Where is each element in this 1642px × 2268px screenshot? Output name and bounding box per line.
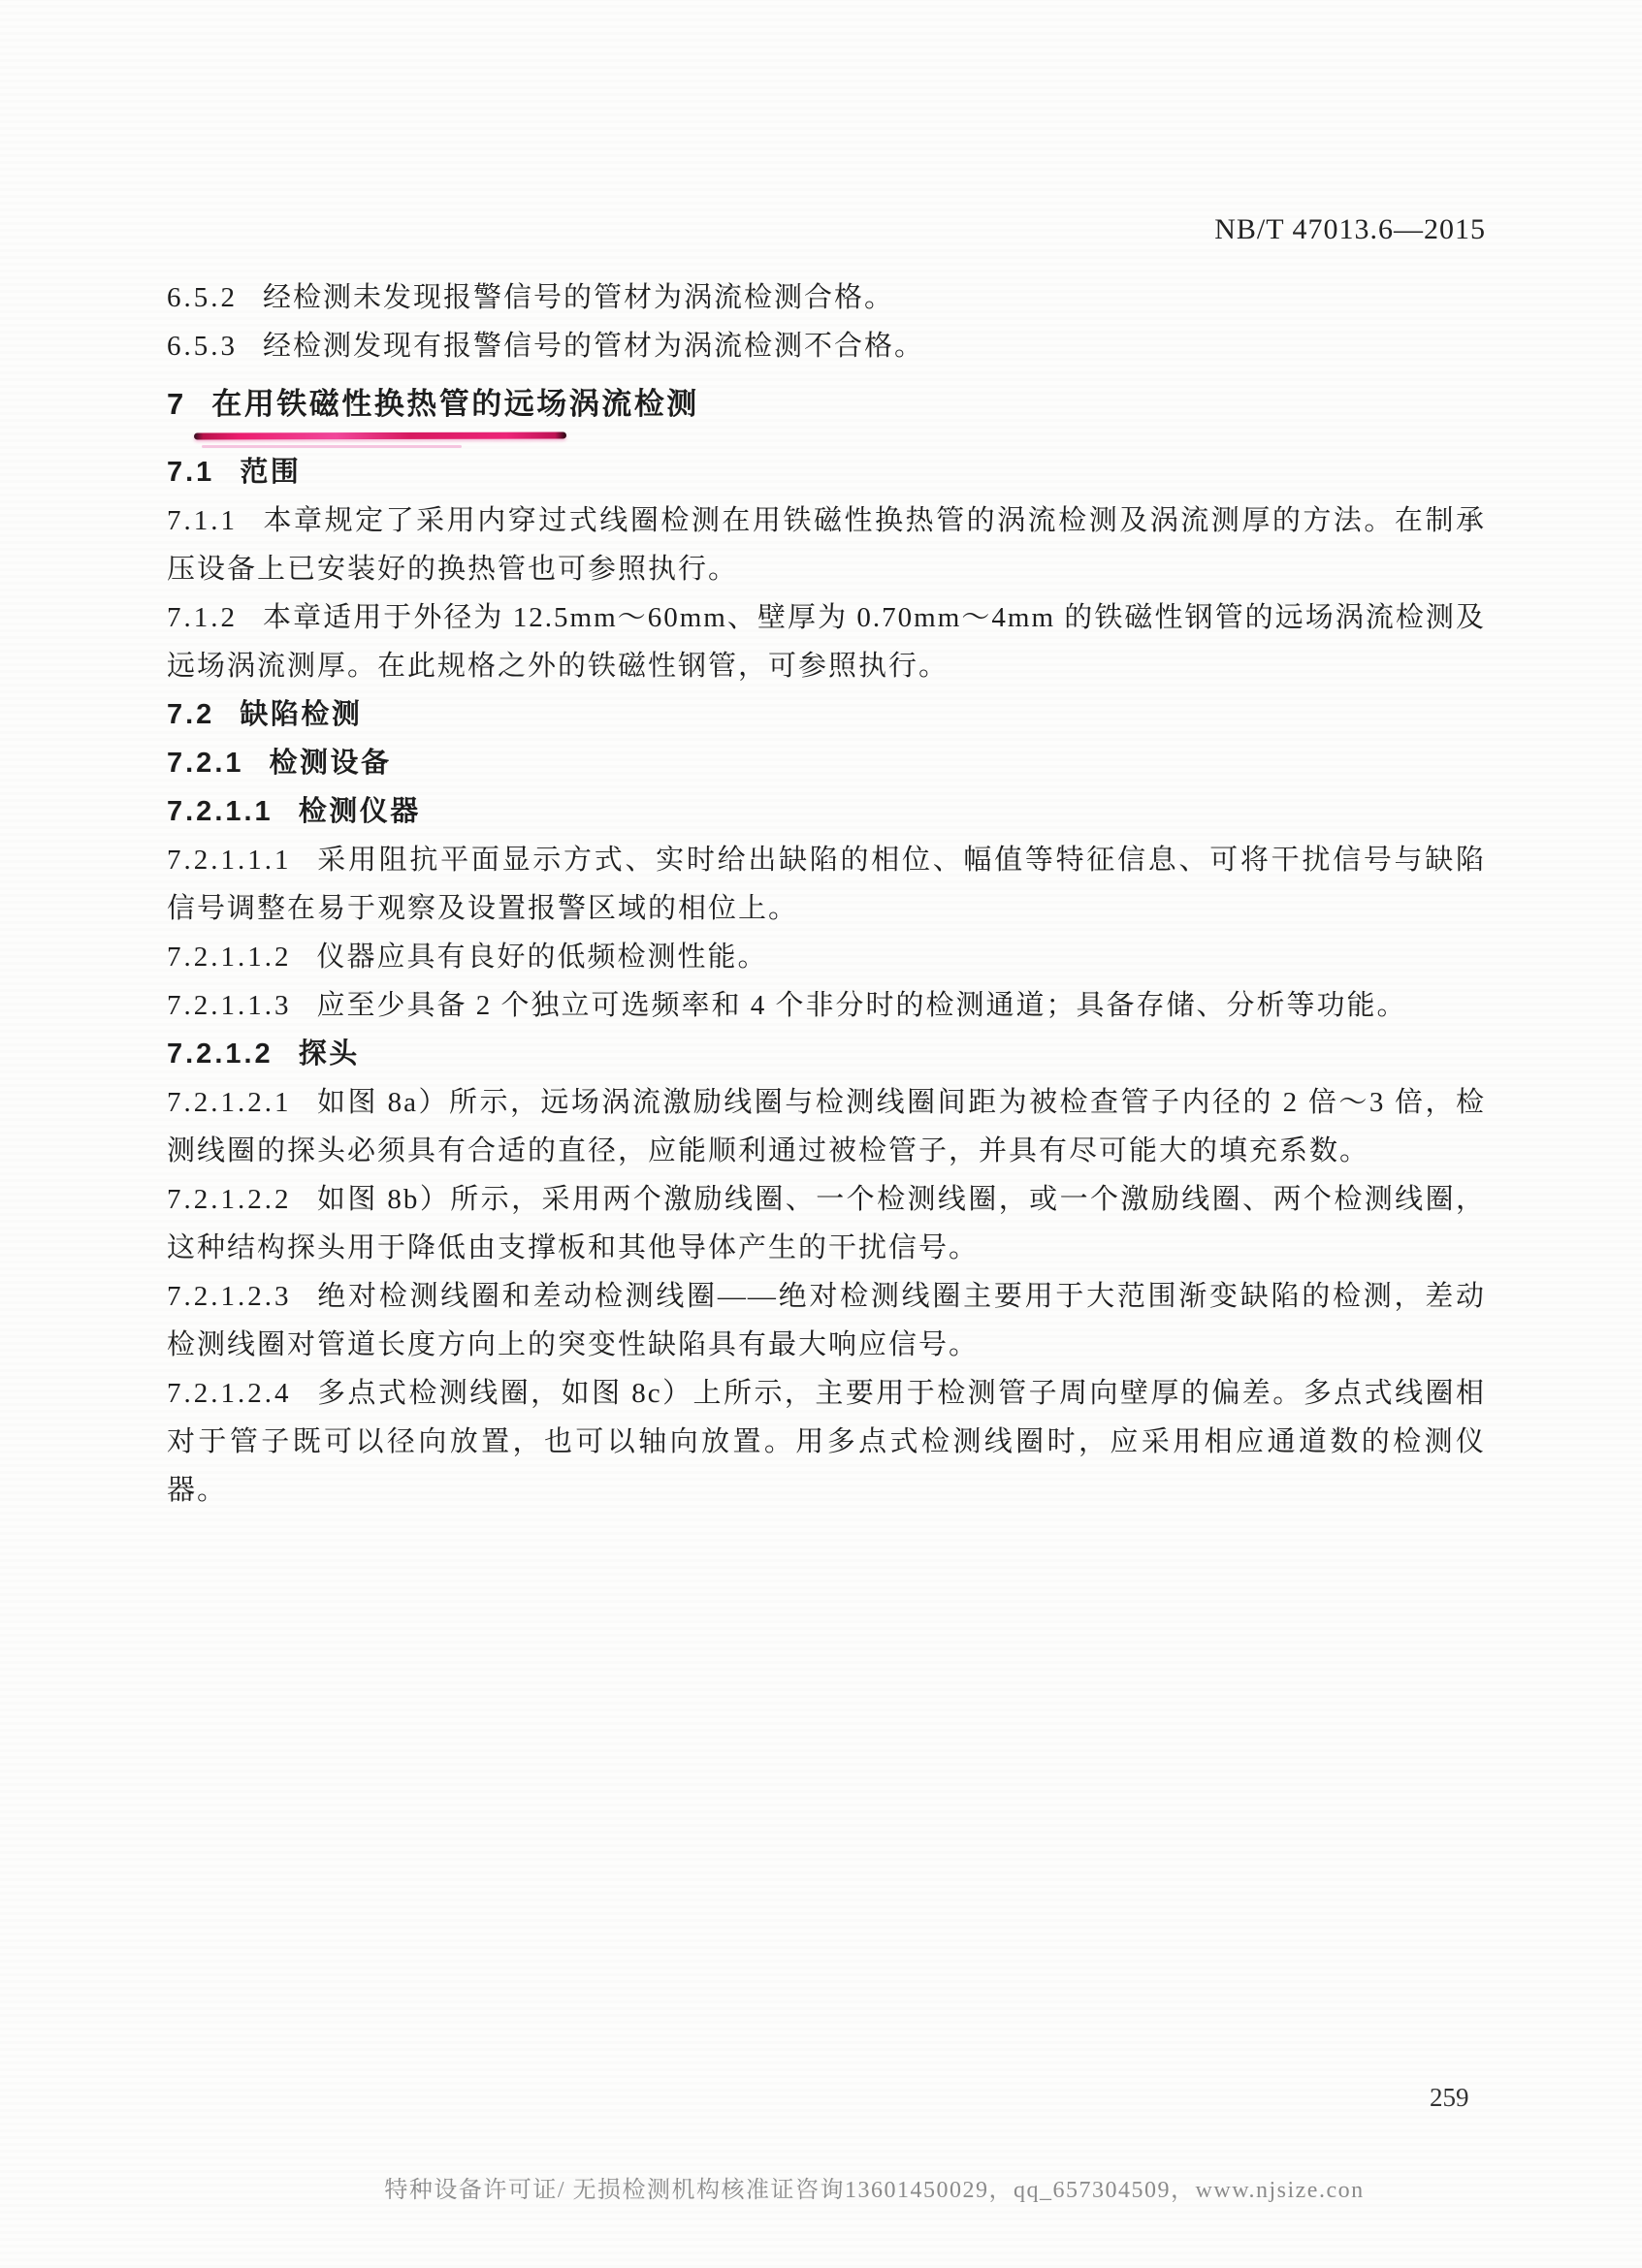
clause-number: 7.1.2 [167, 602, 238, 633]
clause-7-1-1: 7.1.1本章规定了采用内穿过式线圈检测在用铁磁性换热管的涡流检测及涡流测厚的方… [167, 496, 1486, 593]
clause-6-5-3: 6.5.3经检测发现有报警信号的管材为涡流检测不合格。 [167, 322, 1486, 370]
clause-text: 在用铁磁性换热管的远场涡流检测 [211, 387, 699, 421]
heading-7-2-1-1: 7.2.1.1检测仪器 [167, 787, 1486, 836]
clause-number: 7.2.1.1.2 [167, 942, 292, 973]
clause-7-2-1-1-3: 7.2.1.1.3应至少具备 2 个独立可选频率和 4 个非分时的检测通道；具备… [167, 981, 1486, 1030]
clause-number: 7.2.1.2 [167, 1038, 274, 1070]
clause-text: 探头 [299, 1038, 360, 1070]
clause-number: 7.1 [167, 457, 214, 488]
clause-7-2-1-2-3: 7.2.1.2.3绝对检测线圈和差动检测线圈——绝对检测线圈主要用于大范围渐变缺… [167, 1272, 1486, 1369]
heading-7-2-1-2: 7.2.1.2探头 [167, 1030, 1486, 1078]
clause-text: 本章规定了采用内穿过式线圈检测在用铁磁性换热管的涡流检测及涡流测厚的方法。在制承… [167, 505, 1486, 585]
heading-7-2-1: 7.2.1检测设备 [167, 739, 1486, 787]
heading-7-2: 7.2缺陷检测 [167, 690, 1486, 739]
clause-7-2-1-1-1: 7.2.1.1.1采用阻抗平面显示方式、实时给出缺陷的相位、幅值等特征信息、可将… [167, 836, 1486, 933]
clause-7-1-2: 7.1.2本章适用于外径为 12.5mm～60mm、壁厚为 0.70mm～4mm… [167, 593, 1486, 690]
chapter-7-heading: 7在用铁磁性换热管的远场涡流检测 [167, 380, 1486, 429]
clause-text: 经检测发现有报警信号的管材为涡流检测不合格。 [263, 331, 924, 362]
clause-text: 应至少具备 2 个独立可选频率和 4 个非分时的检测通道；具备存储、分析等功能。 [317, 990, 1407, 1021]
standard-code-header: NB/T 47013.6—2015 [1214, 213, 1486, 246]
clause-text: 如图 8a）所示，远场涡流激励线圈与检测线圈间距为被检查管子内径的 2 倍～3 … [167, 1087, 1486, 1166]
clause-number: 7.1.1 [167, 505, 238, 536]
clause-text: 采用阻抗平面显示方式、实时给出缺陷的相位、幅值等特征信息、可将干扰信号与缺陷信号… [167, 845, 1486, 924]
clause-7-2-1-2-1: 7.2.1.2.1如图 8a）所示，远场涡流激励线圈与检测线圈间距为被检查管子内… [167, 1078, 1486, 1175]
footer-watermark-text: 特种设备许可证/ 无损检测机构核准证咨询13601450029，qq_65730… [0, 2170, 1642, 2204]
clause-number: 7.2 [167, 699, 214, 730]
clause-text: 仪器应具有良好的低频检测性能。 [317, 942, 768, 973]
clause-text: 如图 8b）所示，采用两个激励线圈、一个检测线圈，或一个激励线圈、两个检测线圈，… [167, 1184, 1486, 1263]
clause-number: 7 [167, 387, 186, 421]
pink-marker-underline [194, 431, 566, 439]
clause-text: 范围 [240, 457, 301, 488]
clause-number: 7.2.1.2.4 [167, 1378, 292, 1409]
clause-text: 多点式检测线圈，如图 8c）上所示，主要用于检测管子周向壁厚的偏差。多点式线圈相… [167, 1378, 1486, 1506]
clause-number: 7.2.1.2.1 [167, 1087, 292, 1118]
clause-number: 6.5.3 [167, 331, 238, 362]
clause-number: 7.2.1.1.1 [167, 845, 292, 876]
clause-text: 经检测未发现报警信号的管材为涡流检测合格。 [263, 282, 894, 313]
clause-text: 缺陷检测 [240, 699, 362, 730]
pink-marker-underline-shadow [202, 445, 462, 448]
clause-number: 7.2.1.2.3 [167, 1281, 292, 1312]
clause-7-2-1-1-2: 7.2.1.1.2仪器应具有良好的低频检测性能。 [167, 933, 1486, 981]
clause-text: 检测仪器 [299, 796, 421, 827]
clause-text: 检测设备 [270, 748, 392, 779]
document-body: 6.5.2经检测未发现报警信号的管材为涡流检测合格。 6.5.3经检测发现有报警… [167, 273, 1486, 1515]
clause-text: 绝对检测线圈和差动检测线圈——绝对检测线圈主要用于大范围渐变缺陷的检测，差动检测… [167, 1281, 1486, 1360]
page-number: 259 [1430, 2083, 1469, 2113]
clause-number: 7.2.1 [167, 748, 244, 779]
clause-number: 7.2.1.1.3 [167, 990, 292, 1021]
clause-text: 本章适用于外径为 12.5mm～60mm、壁厚为 0.70mm～4mm 的铁磁性… [167, 602, 1486, 682]
heading-7-1: 7.1范围 [167, 448, 1486, 496]
clause-number: 6.5.2 [167, 282, 238, 313]
document-page: NB/T 47013.6—2015 6.5.2经检测未发现报警信号的管材为涡流检… [0, 0, 1642, 2268]
clause-number: 7.2.1.1 [167, 796, 274, 827]
clause-6-5-2: 6.5.2经检测未发现报警信号的管材为涡流检测合格。 [167, 273, 1486, 322]
clause-7-2-1-2-4: 7.2.1.2.4多点式检测线圈，如图 8c）上所示，主要用于检测管子周向壁厚的… [167, 1369, 1486, 1515]
clause-7-2-1-2-2: 7.2.1.2.2如图 8b）所示，采用两个激励线圈、一个检测线圈，或一个激励线… [167, 1175, 1486, 1272]
clause-number: 7.2.1.2.2 [167, 1184, 292, 1215]
